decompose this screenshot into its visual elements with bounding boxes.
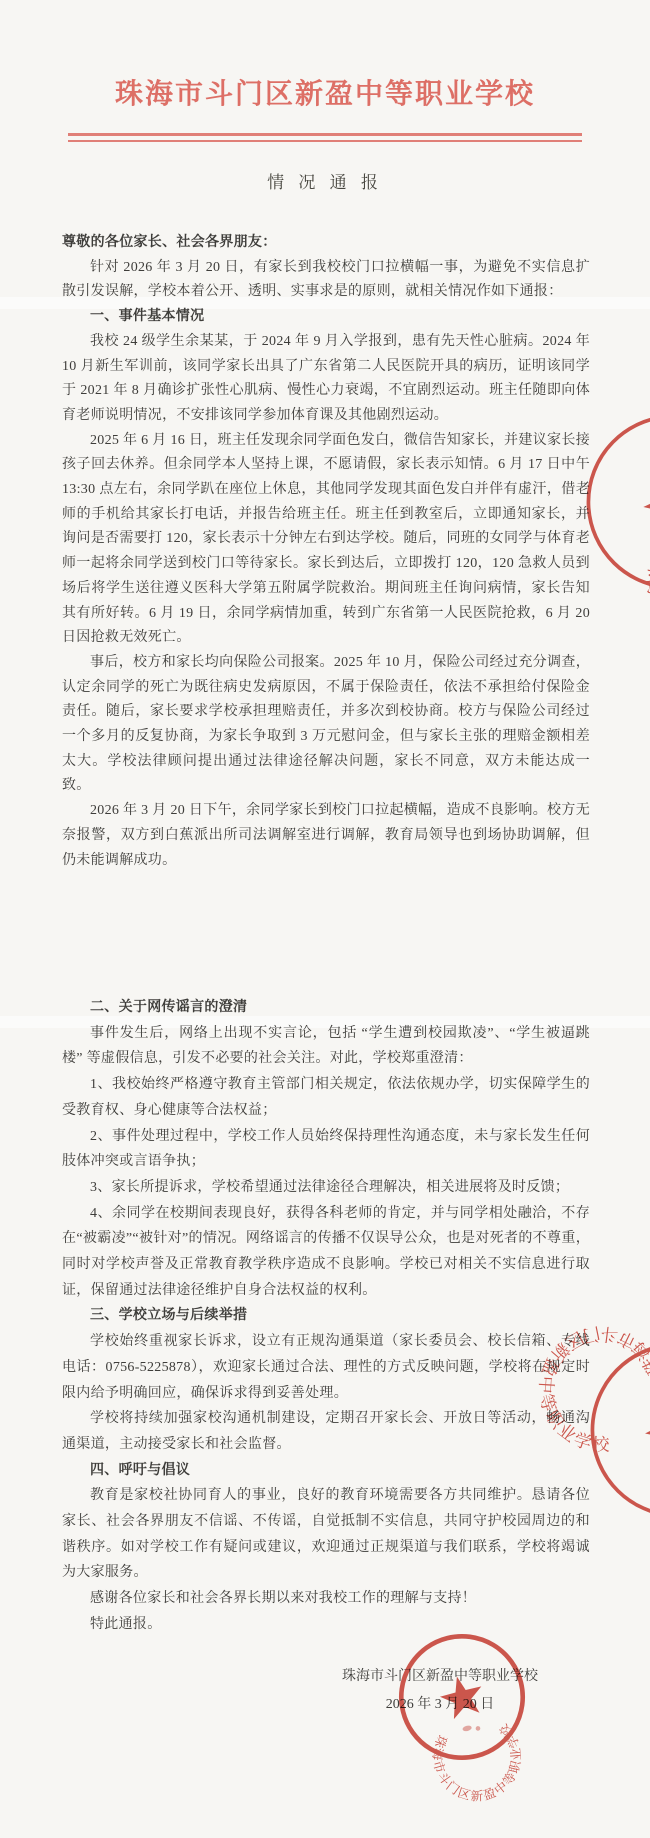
school-title: 珠海市斗门区新盈中等职业学校 <box>0 72 650 112</box>
section-3-heading: 三、学校立场与后续举措 <box>62 1303 590 1329</box>
intro-paragraph: 针对 2026 年 3 月 20 日，有家长到我校校门口拉横幅一事，为避免不实信… <box>62 256 590 305</box>
stamp-ring-text: 珠海市斗门区新盈中等职业学校 <box>630 512 650 668</box>
stamp-star-icon <box>634 463 650 540</box>
stamp-graphic: 珠海市斗门区新盈中等职业学校 <box>382 1617 542 1777</box>
official-stamp: 珠海市斗门区新盈中等职业学校 <box>382 1617 542 1777</box>
section-2-item: 4、余同学在校期间表现良好，获得各科老师的肯定，并与同学相处融洽，不存在“被霸凌… <box>62 1201 590 1304</box>
section-3-paragraph: 学校将持续加强家校沟通机制建设，定期召开家长会、开放日等活动，畅通沟通渠道，主动… <box>62 1406 590 1457</box>
section-1-paragraph: 2025 年 6 月 16 日，班主任发现余同学面色发白，微信告知家长，并建议家… <box>62 429 590 651</box>
notice-body-part-1: 尊敬的各位家长、社会各界朋友： 针对 2026 年 3 月 20 日，有家长到我… <box>62 231 590 873</box>
svg-text:珠海市斗门区新盈中等职业学校: 珠海市斗门区新盈中等职业学校 <box>630 512 650 668</box>
stamp-star-icon <box>640 1391 650 1471</box>
section-1-heading: 一、事件基本情况 <box>62 305 590 330</box>
section-2-heading: 二、关于网传谣言的澄清 <box>62 995 590 1021</box>
section-1-paragraph: 事后，校方和家长均向保险公司报案。2025 年 10 月，保险公司经过充分调查，… <box>62 651 590 799</box>
stamp-mark <box>475 1726 481 1732</box>
section-2-paragraph: 事件发生后，网络上出现不实言论，包括 “学生遭到校园欺凌”、“学生被逼跳楼” 等… <box>62 1021 590 1072</box>
closing-thanks: 感谢各位家长和社会各界长期以来对我校工作的理解与支持！ <box>62 1586 590 1612</box>
stamp-mark <box>462 1725 472 1732</box>
section-4-heading: 四、呼吁与倡议 <box>62 1458 590 1484</box>
section-2-item: 1、我校始终严格遵守教育主管部门相关规定，依法依规办学，切实保障学生的受教育权、… <box>62 1072 590 1123</box>
section-1-paragraph: 我校 24 级学生余某某，于 2024 年 9 月入学报到，患有先天性心脏病。2… <box>62 330 590 429</box>
salutation: 尊敬的各位家长、社会各界朋友： <box>62 231 590 256</box>
section-4-paragraph: 教育是家校社协同育人的事业，良好的教育环境需要各方共同维护。恳请各位家长、社会各… <box>62 1483 590 1586</box>
section-3-paragraph: 学校始终重视家长诉求，设立有正规沟通渠道（家长委员会、校长信箱、专线电话：075… <box>62 1329 590 1406</box>
scanned-notice-page: { "colors":{ "title_red":"#dd6f66", "sta… <box>0 0 650 1838</box>
title-divider <box>68 133 582 142</box>
notice-title: 情 况 通 报 <box>0 168 650 193</box>
section-2-item: 2、事件处理过程中，学校工作人员始终保持理性沟通态度，未与家长发生任何肢体冲突或… <box>62 1124 590 1175</box>
section-2-item: 3、家长所提诉求，学校希望通过法律途径合理解决，相关进展将及时反馈； <box>62 1175 590 1201</box>
notice-body-part-2: 二、关于网传谣言的澄清 事件发生后，网络上出现不实言论，包括 “学生遭到校园欺凌… <box>62 995 590 1638</box>
section-1-paragraph: 2026 年 3 月 20 日下午，余同学家长到校门口拉起横幅，造成不良影响。校… <box>62 799 590 873</box>
stamp-star-icon <box>436 1671 487 1721</box>
